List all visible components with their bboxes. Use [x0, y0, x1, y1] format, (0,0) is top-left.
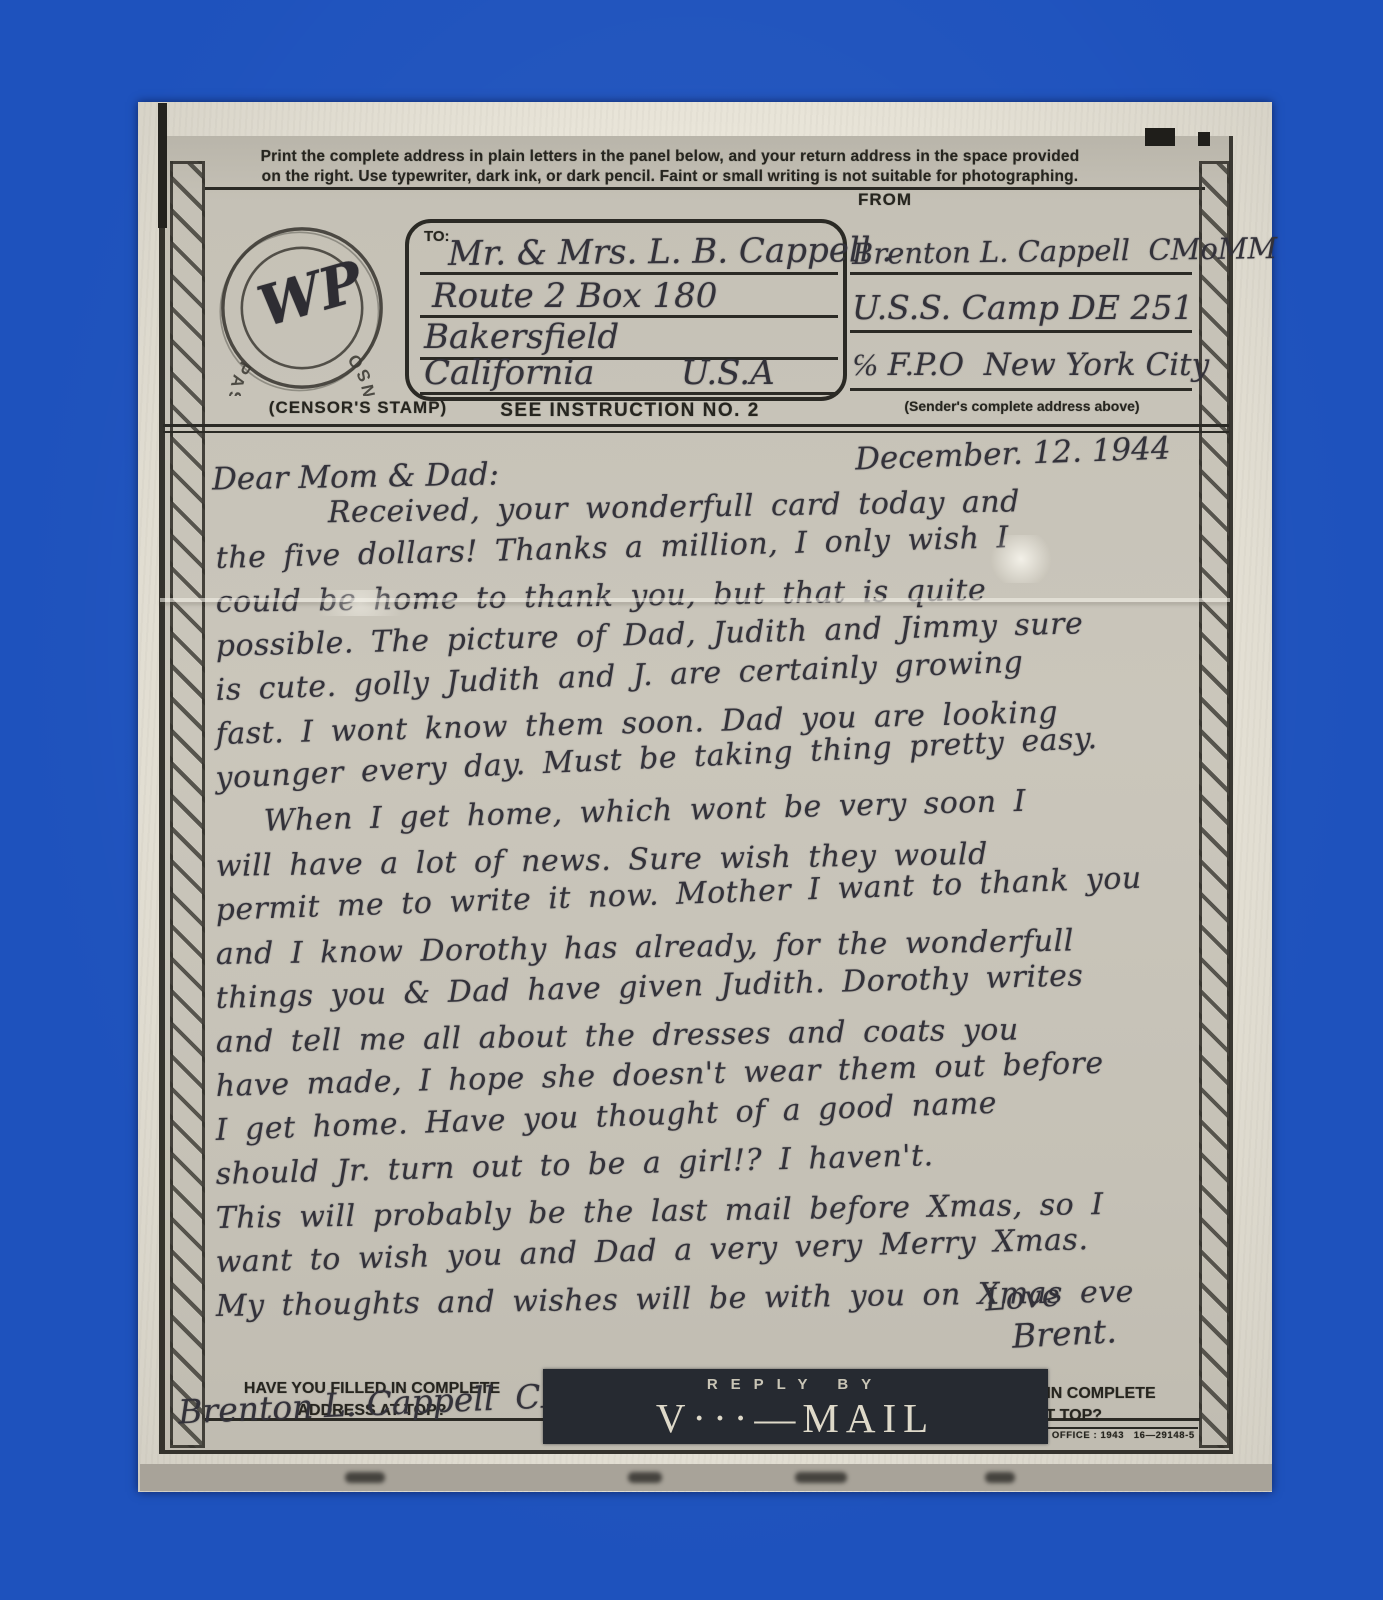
photo-edge-smudge	[628, 1472, 662, 1483]
letter-closing: Love	[984, 1277, 1061, 1318]
form-instructions: Print the complete address in plain lett…	[255, 147, 1085, 187]
photo-bottom-strip	[140, 1464, 1272, 1491]
letter-signature: Brent.	[1011, 1311, 1117, 1355]
see-instruction-note: SEE INSTRUCTION NO. 2	[420, 400, 840, 422]
from-rule-3	[850, 388, 1192, 391]
paper-stain	[300, 590, 420, 616]
vmail-letter-scan: Print the complete address in plain lett…	[0, 0, 1383, 1600]
from-address-line1: Brenton L. Cappell CMoMM	[852, 231, 1278, 271]
to-address-line1: Mr. & Mrs. L. B. Cappell .	[448, 230, 893, 274]
registration-mark	[1198, 132, 1210, 146]
vmail-logo-text: V···—MAIL	[543, 1394, 1048, 1442]
from-address-line3: ℅ F.P.O New York City	[852, 347, 1209, 383]
reply-by-vmail-box: REPLY BY V···—MAIL	[543, 1369, 1048, 1444]
reply-by-label: REPLY BY	[543, 1369, 1048, 1393]
from-address-line2: U.S.S. Camp DE 251	[852, 288, 1193, 327]
left-hatch-bar	[170, 161, 205, 1448]
section-divider-bottom	[163, 431, 1229, 433]
form-instructions-line1: Print the complete address in plain lett…	[255, 147, 1085, 167]
letter-salutation: Dear Mom & Dad:	[212, 456, 500, 497]
section-divider-top	[163, 424, 1229, 427]
registration-mark	[1145, 128, 1175, 146]
sender-address-caption: (Sender's complete address above)	[848, 398, 1196, 414]
paper-stain	[985, 535, 1057, 583]
from-label: FROM	[858, 190, 912, 210]
from-rule-2	[850, 330, 1192, 333]
to-address-line2: Route 2 Box 180	[432, 276, 717, 316]
header-rule	[205, 187, 1205, 190]
from-rule-1	[850, 272, 1192, 275]
letter-body: Received, your wonderfull card today and…	[216, 497, 1221, 1333]
naval-censor-stamp: PASSED BY NAVAL CENSOR WP	[216, 220, 388, 396]
to-address-line3: Bakersfield	[424, 317, 619, 357]
to-address-line4: California U.S.A	[424, 353, 775, 393]
to-label: TO:	[424, 228, 450, 245]
photo-edge-smudge	[985, 1472, 1015, 1483]
photo-edge-smudge	[795, 1472, 847, 1483]
form-left-edge-line	[158, 103, 167, 228]
form-instructions-line2: on the right. Use typewriter, dark ink, …	[255, 167, 1085, 187]
photo-edge-smudge	[345, 1472, 385, 1483]
